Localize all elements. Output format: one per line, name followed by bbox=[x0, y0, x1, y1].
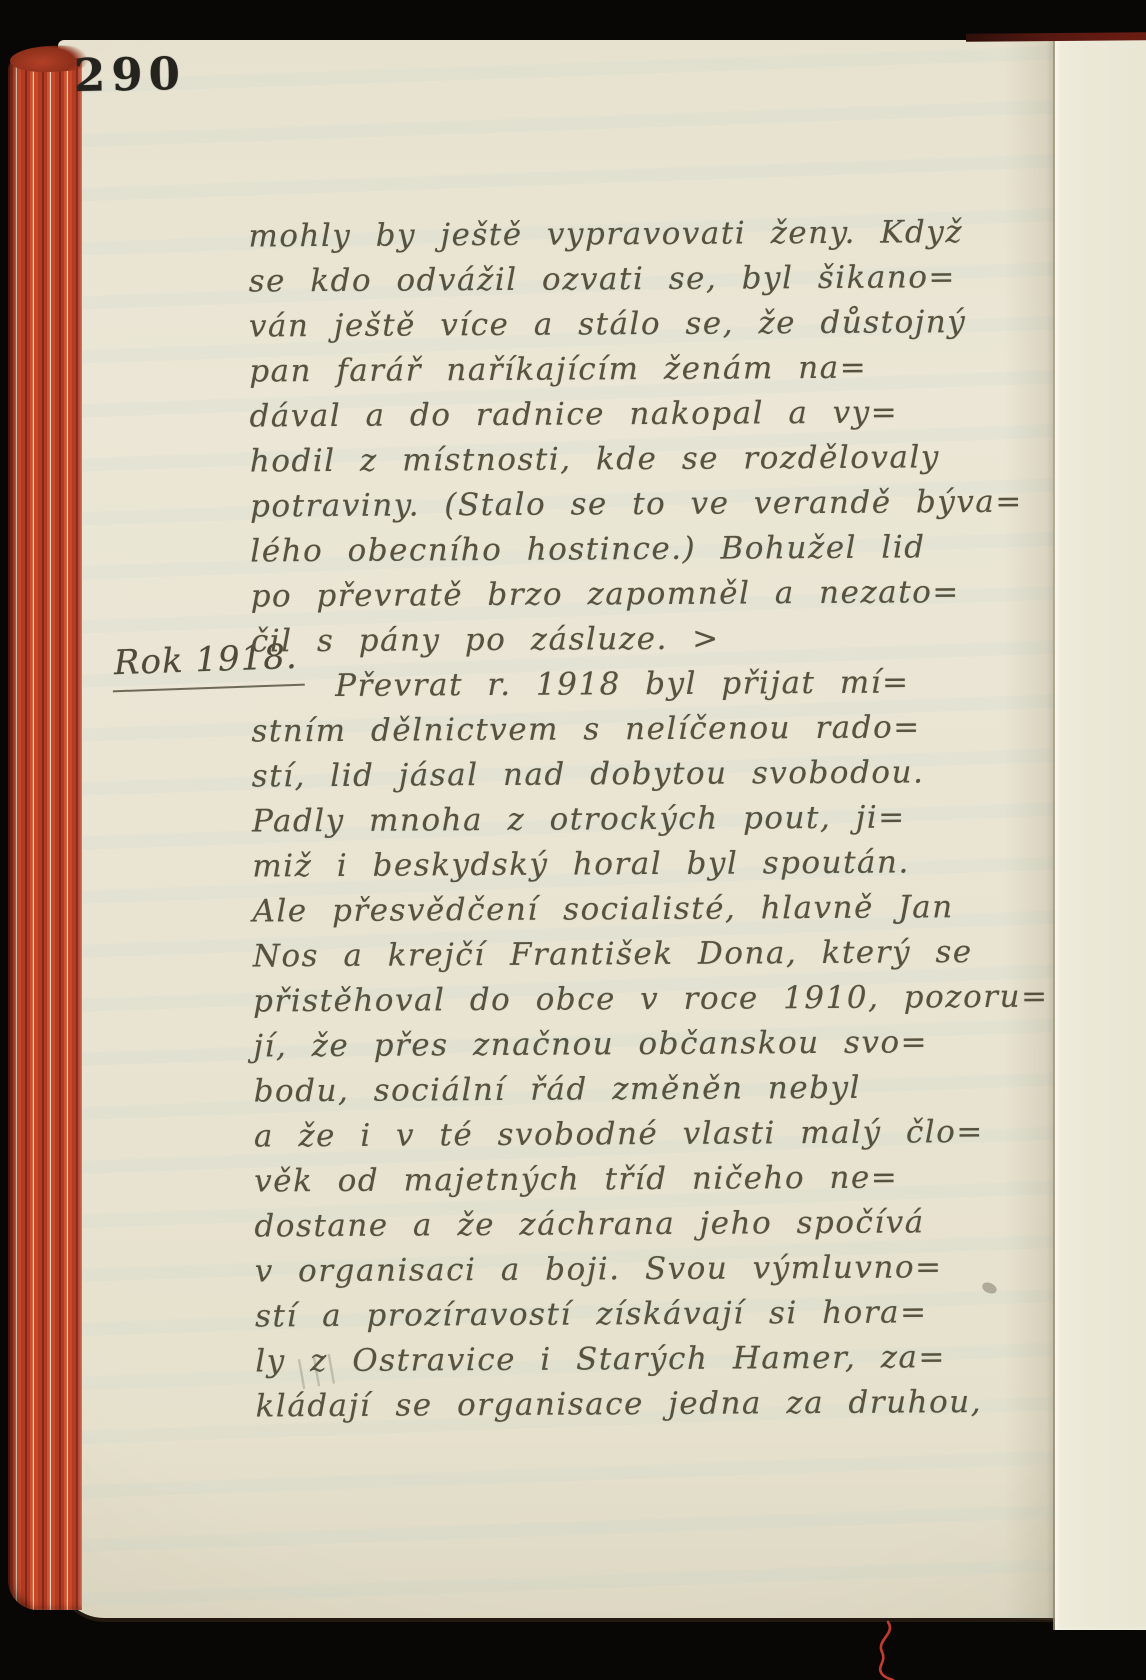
red-bookmark-thread bbox=[866, 1620, 912, 1680]
manuscript-text: mohly by ještě vypravovati ženy. Kdyžse … bbox=[248, 210, 1067, 1430]
manuscript-line: čil s pány po zásluze. > bbox=[251, 615, 1063, 665]
manuscript-line: mohly by ještě vypravovati ženy. Když bbox=[248, 210, 1060, 260]
manuscript-line: pan farář naříkajícím ženám na= bbox=[249, 345, 1061, 395]
manuscript-line: dostane a že záchrana jeho spočívá bbox=[254, 1200, 1066, 1250]
facing-page-sliver bbox=[1055, 38, 1146, 1630]
manuscript-line: miž i beskydský horal byl spoután. bbox=[252, 840, 1064, 890]
manuscript-line: Padly mnoha z otrockých pout, ji= bbox=[252, 795, 1064, 845]
book-cover-edge bbox=[966, 32, 1146, 42]
manuscript-line: hodil z místnosti, kde se rozdělovaly bbox=[250, 435, 1062, 485]
manuscript-line: jí, že přes značnou občanskou svo= bbox=[253, 1020, 1065, 1070]
manuscript-line: stí a prozíravostí získávají si hora= bbox=[255, 1290, 1067, 1340]
manuscript-line: dával a do radnice nakopal a vy= bbox=[249, 390, 1061, 440]
manuscript-line: přistěhoval do obce v roce 1910, pozoru= bbox=[253, 975, 1065, 1025]
manuscript-line: se kdo odvážil ozvati se, byl šikano= bbox=[249, 255, 1061, 305]
manuscript-line: potraviny. (Stalo se to ve verandě býva= bbox=[250, 480, 1062, 530]
manuscript-line: v organisaci a boji. Svou výmluvno= bbox=[255, 1245, 1067, 1295]
manuscript-line: Ale přesvědčení socialisté, hlavně Jan bbox=[252, 885, 1064, 935]
manuscript-line: ly z Ostravice i Starých Hamer, za= bbox=[255, 1335, 1067, 1385]
manuscript-line: stním dělnictvem s nelíčenou rado= bbox=[251, 705, 1063, 755]
manuscript-line: po převratě brzo zapomněl a nezato= bbox=[250, 570, 1062, 620]
manuscript-line: lého obecního hostince.) Bohužel lid bbox=[250, 525, 1062, 575]
manuscript-line: ván ještě více a stálo se, že důstojný bbox=[249, 300, 1061, 350]
manuscript-line: stí, lid jásal nad dobytou svobodou. bbox=[252, 750, 1064, 800]
scanned-chronicle-photo: { "scan": { "page_number": "290", "margi… bbox=[0, 0, 1146, 1680]
manuscript-line: kládají se organisace jedna za druhou, bbox=[255, 1380, 1067, 1430]
manuscript-line: bodu, sociální řád změněn nebyl bbox=[254, 1065, 1066, 1115]
manuscript-line: Nos a krejčí František Dona, který se bbox=[253, 930, 1065, 980]
manuscript-line: a že i v té svobodné vlasti malý člo= bbox=[254, 1110, 1066, 1160]
manuscript-line: Převrat r. 1918 byl přijat mí= bbox=[251, 660, 1063, 710]
manuscript-line: věk od majetných tříd ničeho ne= bbox=[254, 1155, 1066, 1205]
red-fore-edge-page-stack bbox=[8, 58, 82, 1610]
printed-page-number: 290 bbox=[74, 47, 187, 102]
